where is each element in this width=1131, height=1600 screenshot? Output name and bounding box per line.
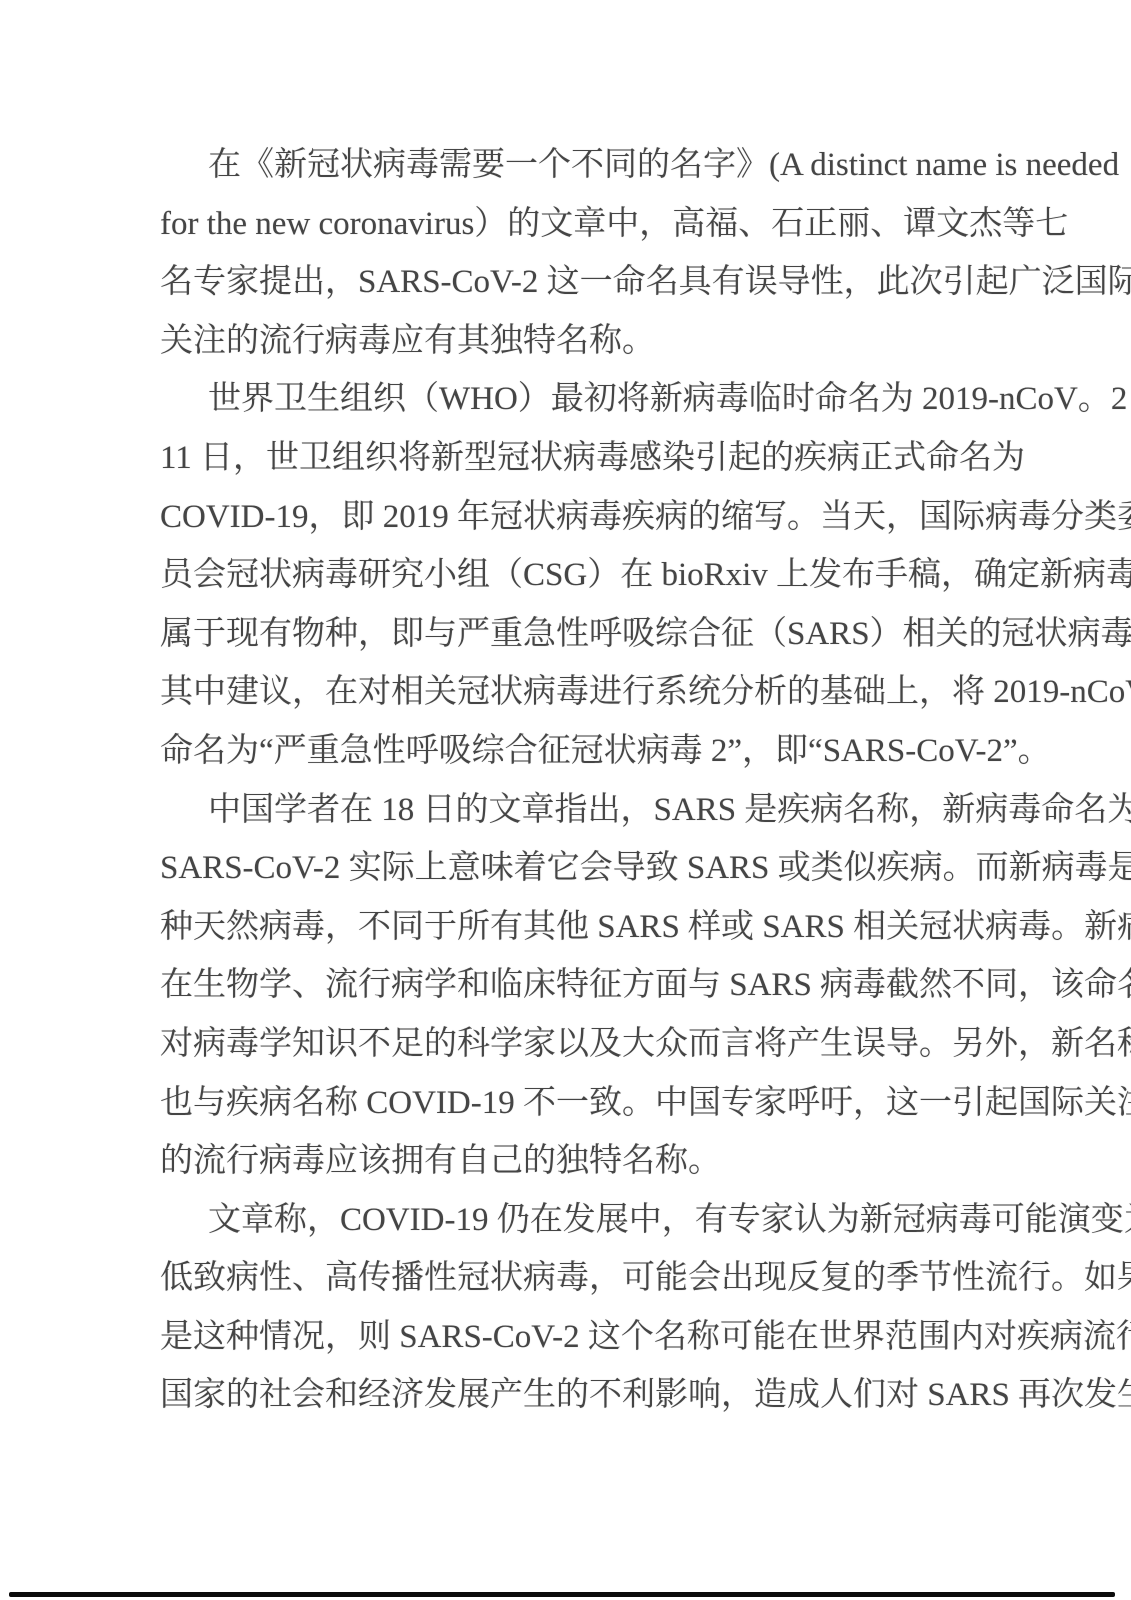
paragraph-3: 中国学者在 18 日的文章指出，SARS 是疾病名称，新病毒命名为 SARS-C…: [160, 781, 970, 1191]
text-line: 其中建议，在对相关冠状病毒进行系统分析的基础上，将 2019-nCoV: [160, 663, 970, 722]
paragraph-4: 文章称，COVID-19 仍在发展中，有专家认为新冠病毒可能演变为 低致病性、高…: [160, 1191, 970, 1425]
text-line: 种天然病毒，不同于所有其他 SARS 样或 SARS 相关冠状病毒。新病毒: [160, 898, 970, 957]
text-line: 属于现有物种，即与严重急性呼吸综合征（SARS）相关的冠状病毒。: [160, 605, 970, 664]
text-line: 关注的流行病毒应有其独特名称。: [160, 312, 970, 371]
text-line: 名专家提出，SARS-CoV-2 这一命名具有误导性，此次引起广泛国际: [160, 253, 970, 312]
text-line: 在《新冠状病毒需要一个不同的名字》(A distinct name is nee…: [160, 136, 970, 195]
page-bottom-edge-line: [9, 1592, 1115, 1597]
text-line: 是这种情况，则 SARS-CoV-2 这个名称可能在世界范围内对疾病流行: [160, 1308, 970, 1367]
text-line: for the new coronavirus）的文章中，高福、石正丽、谭文杰等…: [160, 195, 970, 254]
paragraph-2: 世界卫生组织（WHO）最初将新病毒临时命名为 2019-nCoV。2 月 11 …: [160, 370, 970, 780]
article-text-block: 在《新冠状病毒需要一个不同的名字》(A distinct name is nee…: [160, 136, 970, 1425]
text-line: 对病毒学知识不足的科学家以及大众而言将产生误导。另外，新名称: [160, 1015, 970, 1074]
document-page: 在《新冠状病毒需要一个不同的名字》(A distinct name is nee…: [0, 0, 1131, 1600]
text-line: 国家的社会和经济发展产生的不利影响，造成人们对 SARS 再次发生: [160, 1366, 970, 1425]
text-line: 员会冠状病毒研究小组（CSG）在 bioRxiv 上发布手稿，确定新病毒: [160, 546, 970, 605]
text-line: SARS-CoV-2 实际上意味着它会导致 SARS 或类似疾病。而新病毒是一: [160, 839, 970, 898]
text-line: 低致病性、高传播性冠状病毒，可能会出现反复的季节性流行。如果: [160, 1249, 970, 1308]
text-line: 11 日，世卫组织将新型冠状病毒感染引起的疾病正式命名为: [160, 429, 970, 488]
text-line: 世界卫生组织（WHO）最初将新病毒临时命名为 2019-nCoV。2 月: [160, 370, 970, 429]
paragraph-1: 在《新冠状病毒需要一个不同的名字》(A distinct name is nee…: [160, 136, 970, 370]
text-line: 在生物学、流行病学和临床特征方面与 SARS 病毒截然不同，该命名: [160, 956, 970, 1015]
text-line: 也与疾病名称 COVID-19 不一致。中国专家呼吁，这一引起国际关注: [160, 1074, 970, 1133]
text-line: 文章称，COVID-19 仍在发展中，有专家认为新冠病毒可能演变为: [160, 1191, 970, 1250]
text-line: COVID-19，即 2019 年冠状病毒疾病的缩写。当天，国际病毒分类委: [160, 488, 970, 547]
text-line: 中国学者在 18 日的文章指出，SARS 是疾病名称，新病毒命名为: [160, 781, 970, 840]
text-line: 命名为“严重急性呼吸综合征冠状病毒 2”，即“SARS-CoV-2”。: [160, 722, 970, 781]
text-line: 的流行病毒应该拥有自己的独特名称。: [160, 1132, 970, 1191]
